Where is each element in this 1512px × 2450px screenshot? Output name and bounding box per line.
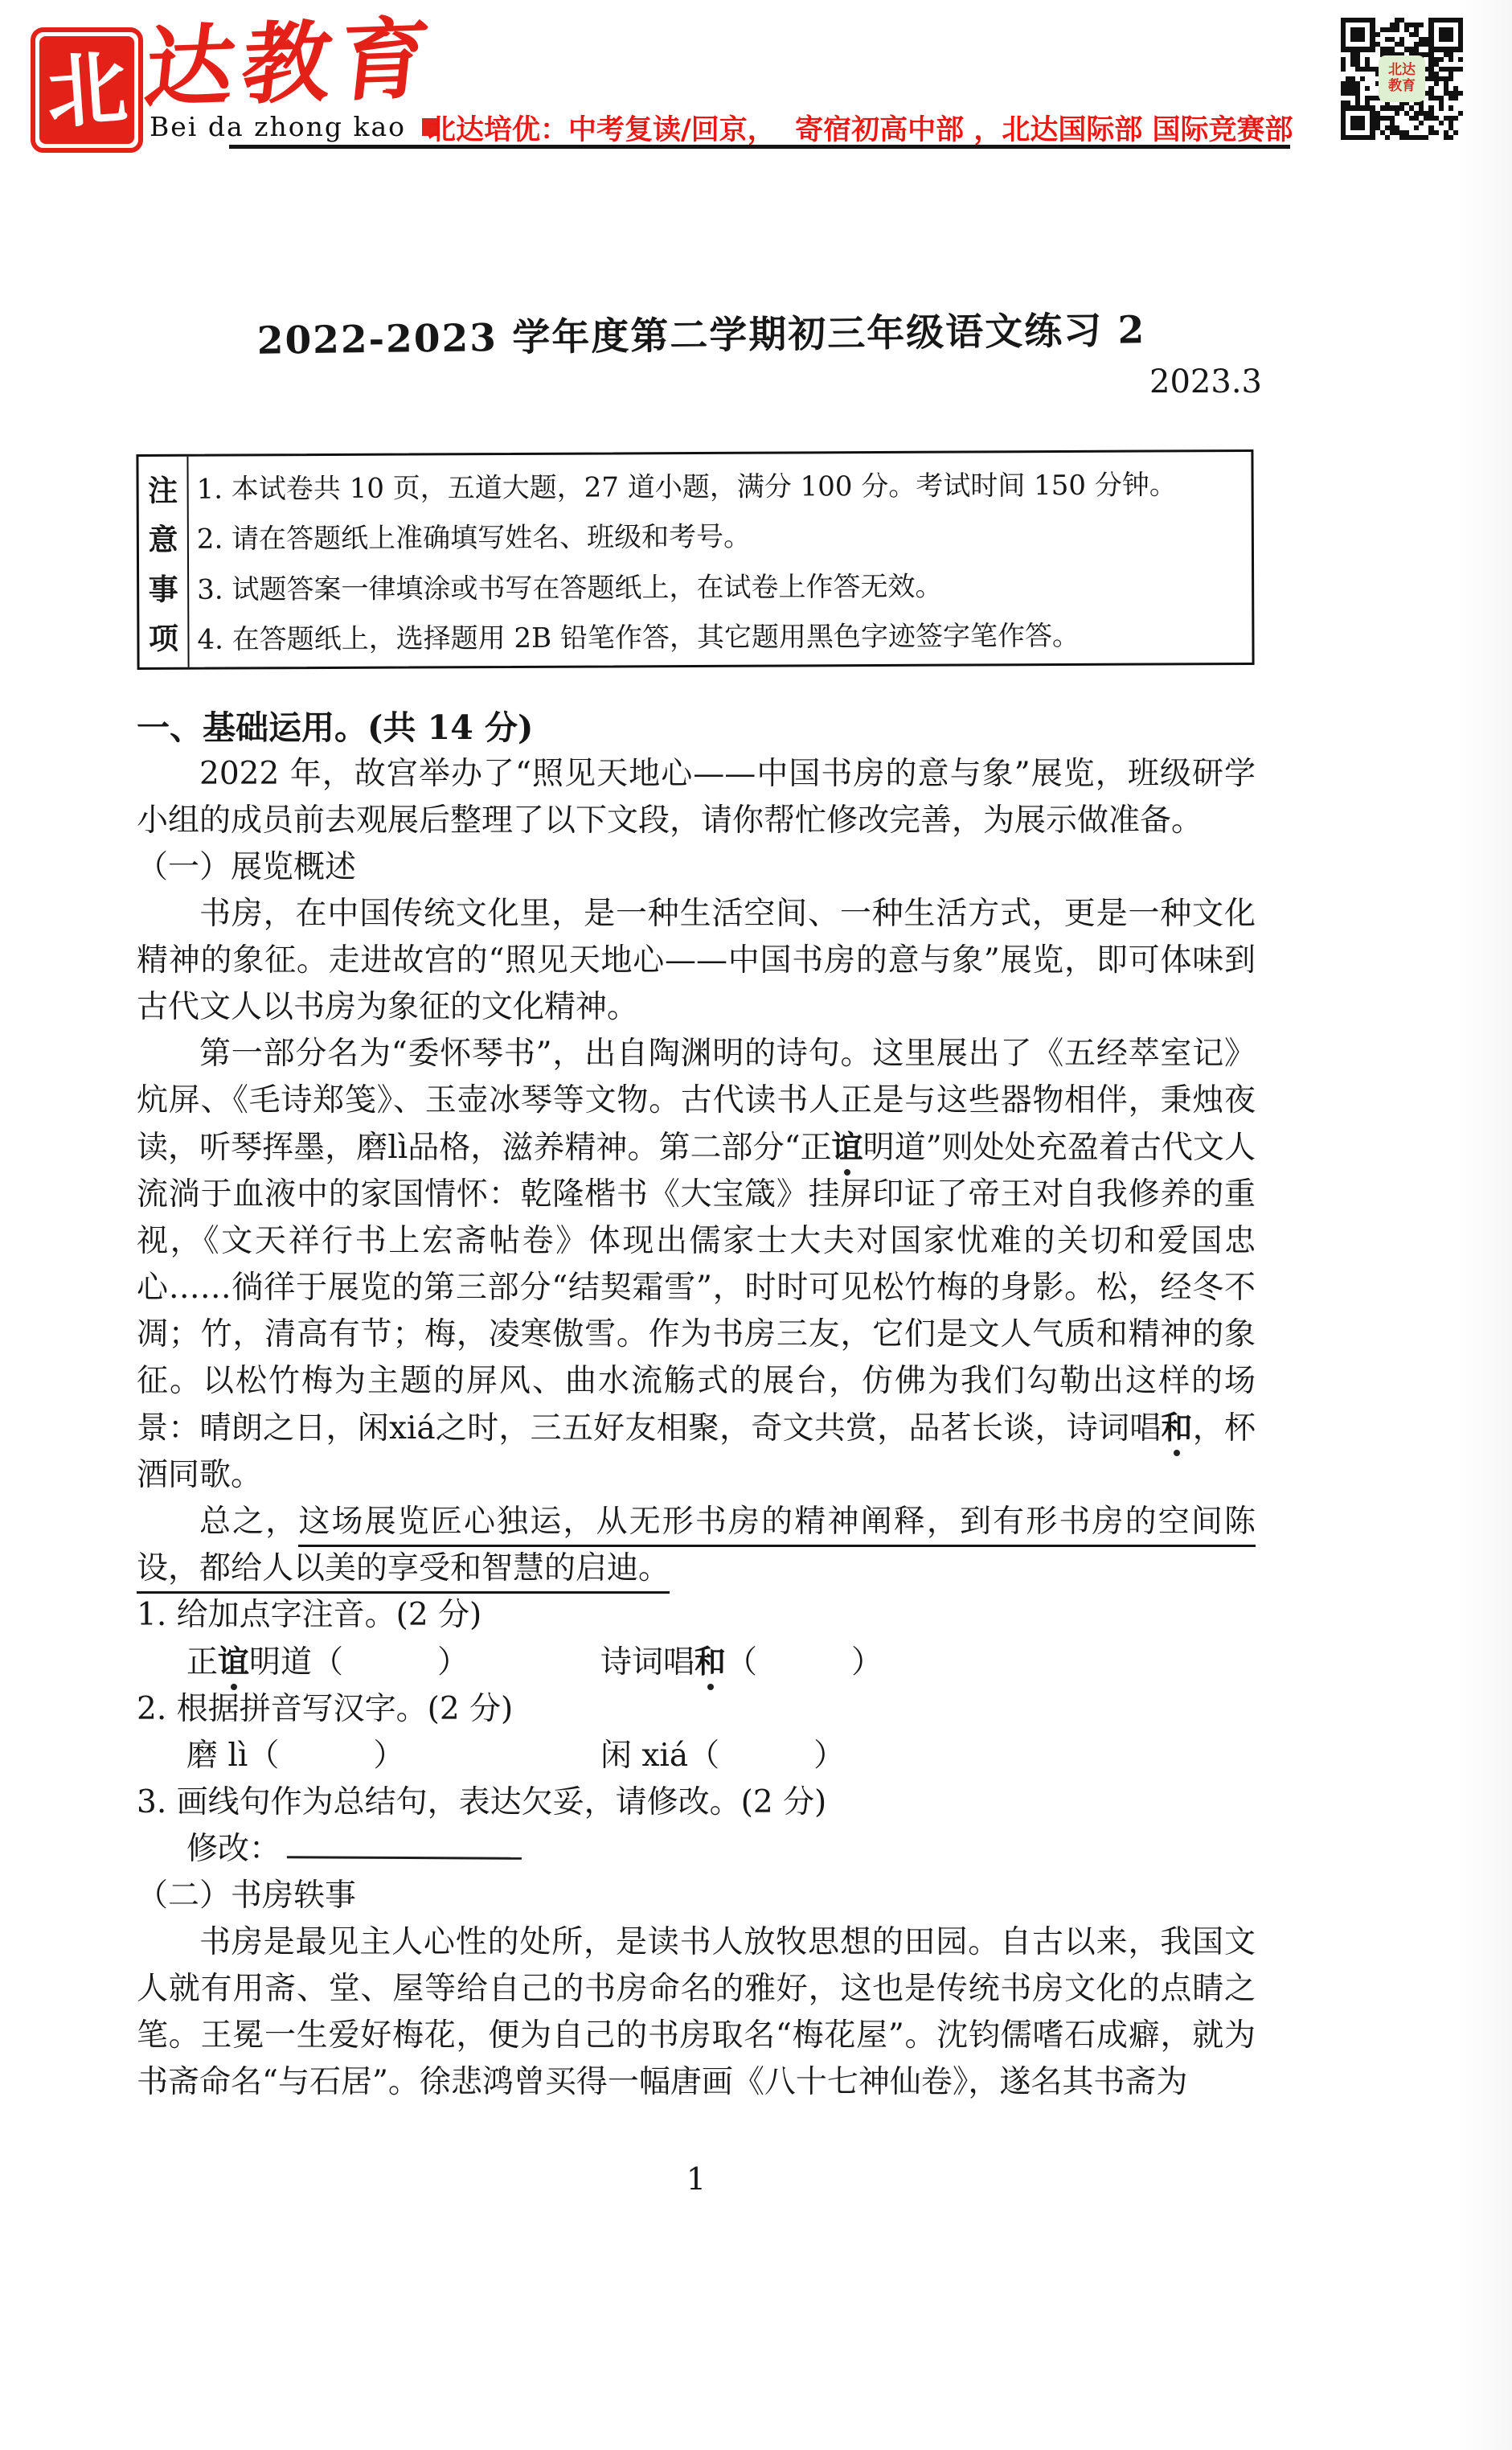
modify-label: 修改： bbox=[186, 1831, 281, 1867]
exam-body: 一、基础运用。(共 14 分) 2022 年，故宫举办了“照见天地心——中国书房… bbox=[137, 704, 1256, 2106]
part2-label: （二）书房轶事 bbox=[137, 1873, 1256, 1919]
paragraph-a: 书房，在中国传统文化里，是一种生活空间、一种生活方式，更是一种文化精神的象征。走… bbox=[137, 891, 1256, 1031]
question-2-item-b: 闲 xiá（ ） bbox=[600, 1738, 845, 1774]
q1a-pre: 正 bbox=[186, 1644, 218, 1681]
notice-char: 项 bbox=[149, 614, 178, 658]
notice-box: 注 意 事 项 1. 本试卷共 10 页，五道大题，27 道小题，满分 100 … bbox=[136, 449, 1254, 670]
paragraph-d: 书房是最见主人心性的处所，是读书人放牧思想的田园。自古以来，我国文人就有用斋、堂… bbox=[137, 1919, 1256, 2106]
intro-paragraph: 2022 年，故宫举办了“照见天地心——中国书房的意与象”展览，班级研学小组的成… bbox=[137, 751, 1256, 844]
notice-char: 注 bbox=[148, 466, 178, 510]
header-tagline: 北达培优：中考复读/回京， 寄宿初高中部 ，北达国际部 国际竞赛部 bbox=[428, 108, 1293, 148]
notice-side-label: 注 意 事 项 bbox=[138, 457, 189, 667]
q1a-post: 明道（ ） bbox=[249, 1644, 469, 1681]
notice-char: 意 bbox=[148, 515, 178, 559]
summary-prefix: 总之， bbox=[199, 1504, 298, 1540]
page-title: 2022-2023 学年度第二学期初三年级语文练习 2 bbox=[0, 297, 1403, 367]
notice-item: 4. 在答题纸上，选择题用 2B 铅笔作答，其它题用黑色字迹签字笔作答。 bbox=[197, 613, 1247, 657]
qr-label-bottom: 教育 bbox=[1388, 79, 1416, 95]
header-divider-line bbox=[229, 145, 1290, 149]
notice-item: 1. 本试卷共 10 页，五道大题，27 道小题，满分 100 分。考试时间 1… bbox=[196, 462, 1246, 507]
beida-seal-logo: 北 bbox=[31, 27, 143, 153]
exam-date: 2023.3 bbox=[1149, 363, 1262, 400]
question-2-item-a: 磨 lì（ ） bbox=[186, 1733, 600, 1779]
qr-label-top: 北达 bbox=[1388, 63, 1416, 79]
q1b-dotted-char: 和 bbox=[695, 1644, 726, 1681]
question-2-label: 2. 根据拼音写汉字。(2 分) bbox=[137, 1686, 1256, 1733]
question-3-answer-line: 修改： bbox=[137, 1826, 1256, 1873]
emphasized-char-he: 和 bbox=[1161, 1410, 1192, 1447]
seal-background: 北 bbox=[39, 36, 134, 144]
question-1-item-a: 正谊明道（ ） bbox=[186, 1639, 600, 1686]
scan-edge-shading bbox=[1456, 0, 1512, 2450]
question-3-label: 3. 画线句作为总结句，表达欠妥，请修改。(2 分) bbox=[137, 1779, 1256, 1826]
paragraph-b: 第一部分名为“委怀琴书”，出自陶渊明的诗句。这里展出了《五经萃室记》炕屏、《毛诗… bbox=[137, 1031, 1256, 1499]
part1-label: （一）展览概述 bbox=[137, 844, 1256, 891]
question-1-label: 1. 给加点字注音。(2 分) bbox=[137, 1592, 1256, 1639]
scanned-exam-page: 北 达教育 Bei da zhong kao 北达培优：中考复读/回京， 寄宿初… bbox=[0, 0, 1512, 2450]
emphasized-char-yi: 谊 bbox=[832, 1129, 863, 1166]
notice-item: 3. 试题答案一律填涂或书写在答题纸上，在试卷上作答无效。 bbox=[197, 563, 1247, 607]
paragraph-b-seg2: 明道”则处处充盈着古代文人流淌于血液中的家国情怀：乾隆楷书《大宝箴》挂屏印证了帝… bbox=[137, 1130, 1256, 1447]
summary-paragraph: 总之，这场展览匠心独运，从无形书房的精神阐释，到有形书房的空间陈设，都给人以美的… bbox=[137, 1499, 1256, 1592]
brand-subtitle-text: Bei da zhong kao bbox=[150, 111, 406, 142]
question-1-items: 正谊明道（ ）诗词唱和（ ） bbox=[137, 1639, 1256, 1686]
notice-items: 1. 本试卷共 10 页，五道大题，27 道小题，满分 100 分。考试时间 1… bbox=[188, 452, 1252, 667]
brand-subtitle: Bei da zhong kao bbox=[150, 111, 440, 142]
underlined-sentence: 这场展览匠心独运，从无形书房的精神阐释，到有形书房的空间陈设，都给人以美的享受和… bbox=[137, 1504, 1256, 1594]
answer-blank-line bbox=[287, 1828, 522, 1860]
notice-item: 2. 请在答题纸上准确填写姓名、班级和考号。 bbox=[197, 512, 1247, 556]
q1b-post: （ ） bbox=[726, 1644, 883, 1681]
brand-calligraphy: 达教育 bbox=[141, 10, 441, 117]
qr-center-logo: 北达 教育 bbox=[1379, 55, 1425, 102]
page-number: 1 bbox=[137, 2161, 1256, 2197]
q1a-dotted-char: 谊 bbox=[218, 1644, 249, 1681]
seal-character: 北 bbox=[44, 47, 130, 133]
question-1-item-b: 诗词唱和（ ） bbox=[600, 1644, 883, 1681]
question-2-items: 磨 lì（ ）闲 xiá（ ） bbox=[137, 1733, 1256, 1779]
notice-char: 事 bbox=[149, 565, 178, 609]
section-heading: 一、基础运用。(共 14 分) bbox=[137, 704, 1256, 751]
q1b-pre: 诗词唱 bbox=[600, 1644, 695, 1681]
